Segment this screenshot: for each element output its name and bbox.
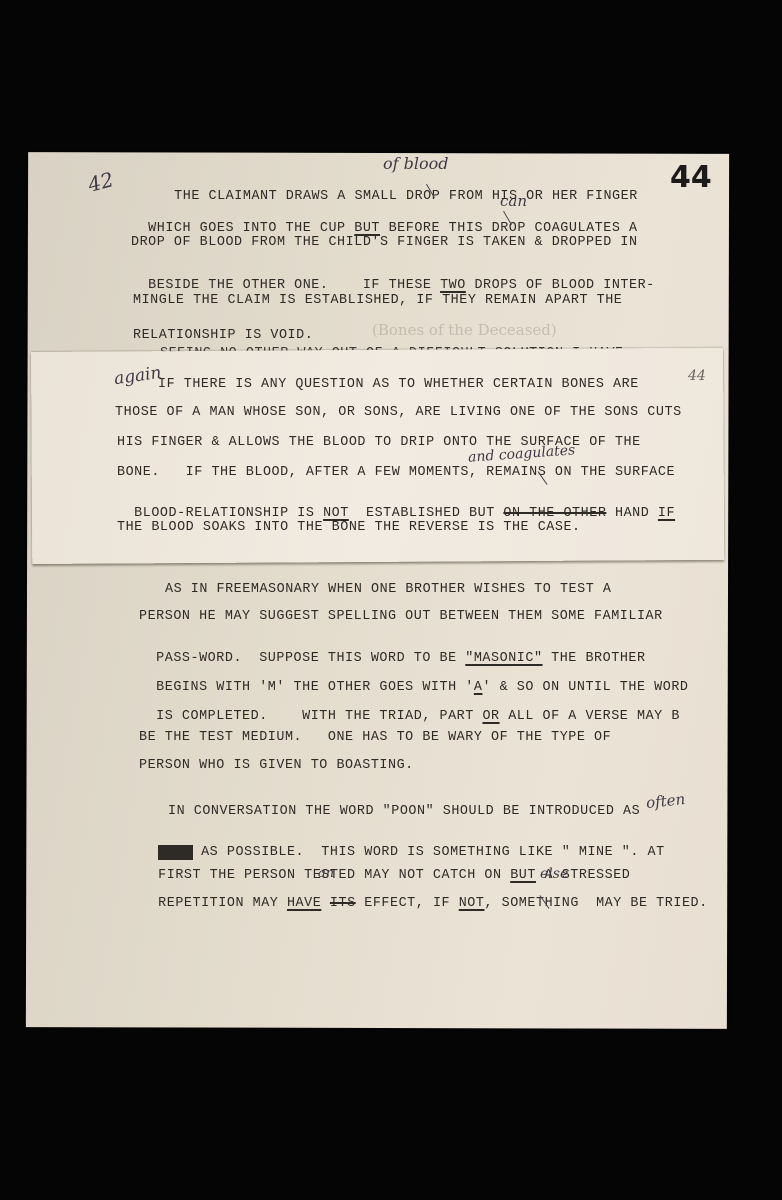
fm-line-6: BE THE TEST MEDIUM. ONE HAS TO BE WARY O…: [139, 731, 611, 744]
poon-line-4-a: REPETITION MAY: [158, 896, 287, 911]
p1-line-4-c: DROPS OF BLOOD INTER-: [466, 278, 655, 293]
fm-line-3-c: THE BROTHER: [543, 651, 646, 666]
fm-line-5-a: IS COMPLETED. WITH THE TRIAD, PART: [156, 709, 482, 724]
fm-line-5: IS COMPLETED. WITH THE TRIAD, PART OR AL…: [139, 697, 680, 724]
fm-line-3: PASS-WORD. SUPPOSE THIS WORD TO BE "MASO…: [139, 639, 646, 666]
fm-line-7: PERSON WHO IS GIVEN TO BOASTING.: [139, 759, 414, 772]
p1-line-5: MINGLE THE CLAIM IS ESTABLISHED, IF THEY…: [133, 294, 622, 307]
p1-line-1-b: FROM HIS OR HER FINGER: [440, 189, 637, 204]
faded-pencil-note: (Bones of the Deceased): [372, 321, 557, 339]
poon-line-1: IN CONVERSATION THE WORD "POON" SHOULD B…: [168, 805, 640, 818]
p1-line-4: BESIDE THE OTHER ONE. IF THESE TWO DROPS…: [131, 266, 655, 293]
fm-line-1: AS IN FREEMASONARY WHEN ONE BROTHER WISH…: [165, 583, 611, 596]
underlined-not-2: NOT: [459, 896, 485, 911]
poon-line-3-a: FIRST THE PERSON TESTED MAY NOT CATCH ON: [158, 868, 510, 883]
page-number: 44: [670, 160, 712, 195]
slip-line-5: BLOOD-RELATIONSHIP IS NOT ESTABLISHED BU…: [117, 494, 675, 521]
underlined-have: HAVE: [287, 896, 321, 911]
p1-line-3: DROP OF BLOOD FROM THE CHILD'S FINGER IS…: [131, 236, 638, 249]
fm-line-4-a: BEGINS WITH 'M' THE OTHER GOES WITH ': [156, 680, 474, 695]
poon-line-4-c: [321, 896, 330, 911]
p1-line-1-a: THE CLAIMANT DRAWS A SMALL DROP: [174, 189, 440, 204]
insertion-of-blood: of blood: [383, 154, 449, 173]
insertion-else: else: [540, 866, 568, 882]
slip-line-1: IF THERE IS ANY QUESTION AS TO WHETHER C…: [158, 378, 639, 391]
margin-note-44: 44: [688, 368, 706, 384]
struck-its: ITS: [330, 896, 356, 911]
p1-line-1: THE CLAIMANT DRAWS A SMALL DROP FROM HIS…: [157, 177, 638, 204]
slip-line-5-e: HAND: [606, 506, 658, 521]
underlined-masonic: "MASONIC": [465, 651, 542, 666]
fm-line-4: BEGINS WITH 'M' THE OTHER GOES WITH 'A' …: [139, 668, 689, 695]
slip-line-6: THE BLOOD SOAKS INTO THE BONE THE REVERS…: [117, 521, 581, 534]
slip-line-4: BONE. IF THE BLOOD, AFTER A FEW MOMENTS,…: [117, 466, 675, 479]
underlined-if: IF: [658, 506, 675, 521]
p1-line-2: WHICH GOES INTO THE CUP BUT BEFORE THIS …: [131, 209, 638, 236]
fm-line-5-c: ALL OF A VERSE MAY B: [500, 709, 680, 724]
fm-line-3-a: PASS-WORD. SUPPOSE THIS WORD TO BE: [156, 651, 465, 666]
p1-line-4-a: BESIDE THE OTHER ONE. IF THESE: [148, 278, 440, 293]
underlined-two: TWO: [440, 278, 466, 293]
slip-line-2: THOSE OF A MAN WHOSE SON, OR SONS, ARE L…: [115, 406, 682, 419]
fm-line-4-c: ' & SO ON UNTIL THE WORD: [482, 680, 688, 695]
poon-line-4-g: , SOMETHING MAY BE TRIED.: [484, 896, 707, 911]
p1-line-6: RELATIONSHIP IS VOID.: [133, 329, 313, 342]
fm-line-2: PERSON HE MAY SUGGEST SPELLING OUT BETWE…: [139, 610, 663, 623]
poon-line-4: REPETITION MAY HAVE ITS EFFECT, IF NOT, …: [141, 884, 708, 911]
underlined-but-2: BUT: [510, 868, 536, 883]
poon-line-4-e: EFFECT, IF: [356, 896, 459, 911]
underlined-or: OR: [482, 709, 499, 724]
insertion-an: an: [318, 866, 334, 881]
